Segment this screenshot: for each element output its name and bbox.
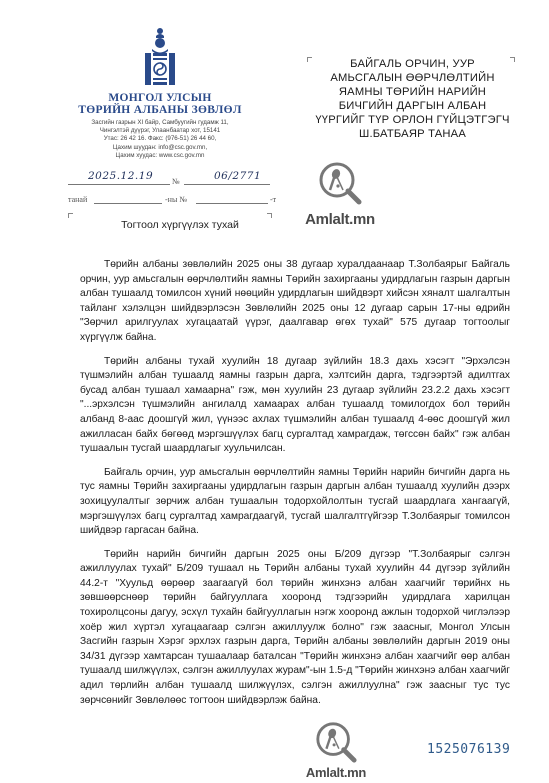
recipient-line: ЯАМНЫ ТӨРИЙН НАРИЙН (300, 85, 525, 99)
magnifier-microphone-icon (317, 160, 363, 206)
yours-no-label: -ны № (165, 195, 187, 204)
number-line (184, 184, 270, 185)
yours-date-line (94, 203, 162, 204)
org-address: Засгийн газрын XI байр, Самбуугийн гудам… (60, 119, 260, 160)
address-line: Чингэлтэй дүүрэг, Улаанбаатар хот, 15141 (60, 127, 260, 135)
address-line: Утас: 26 42 16. Факс: (976-51) 26 44 60, (60, 135, 260, 143)
recipient-line: Ш.БАТБАЯР ТАНАА (300, 127, 525, 141)
yours-suffix: -т (270, 195, 276, 204)
body-paragraph: Байгаль орчин, уур амьсгалын өөрчлөлтийн… (80, 466, 510, 539)
watermark-label: Amlalt.mn (296, 765, 376, 780)
serial-number-stamp: 1525076139 (427, 742, 510, 757)
handwritten-number: 06/2771 (214, 170, 261, 182)
recipient-block: БАЙГАЛЬ ОРЧИН, УУР АМЬСГАЛЫН ӨӨРЧЛӨЛТИЙН… (300, 57, 525, 141)
subject-corner-right (267, 213, 272, 218)
subject-line: Тогтоол хүргүүлэх тухай (110, 219, 250, 231)
address-line: Засгийн газрын XI байр, Самбуугийн гудам… (60, 119, 260, 127)
org-name-line1: МОНГОЛ УЛСЫН (60, 92, 260, 104)
watermark-label: Amlalt.mn (300, 211, 380, 228)
letter-body: Төрийн албаны зөвлөлийн 2025 оны 38 дуга… (80, 258, 510, 717)
yours-number-line (196, 203, 268, 204)
address-line: Цахим хуудас: www.csc.gov.mn (60, 152, 260, 160)
recipient-line: БИЧГИЙН ДАРГЫН АЛБАН (300, 99, 525, 113)
watermark-amlalt-bottom: Amlalt.mn (296, 720, 376, 780)
yours-label: танай (68, 195, 87, 204)
soyombo-emblem-icon (142, 26, 178, 88)
letterhead: МОНГОЛ УЛСЫН ТӨРИЙН АЛБАНЫ ЗӨВЛӨЛ Засгий… (60, 26, 260, 160)
handwritten-date: 2025.12.19 (88, 170, 153, 182)
watermark-amlalt-top: Amlalt.mn (300, 160, 380, 228)
date-line (68, 184, 170, 185)
magnifier-microphone-icon (314, 720, 358, 764)
body-paragraph: Төрийн албаны тухай хуулийн 18 дугаар зү… (80, 355, 510, 457)
body-paragraph: Төрийн нарийн бичгийн даргын 2025 оны Б/… (80, 548, 510, 709)
number-label: № (172, 177, 180, 186)
recipient-line: АМЬСГАЛЫН ӨӨРЧЛӨЛТИЙН (300, 71, 525, 85)
body-paragraph: Төрийн албаны зөвлөлийн 2025 оны 38 дуга… (80, 258, 510, 346)
recipient-line: БАЙГАЛЬ ОРЧИН, УУР (300, 57, 525, 71)
address-line: Цахим шуудан: info@csc.gov.mn, (60, 144, 260, 152)
org-name-line2: ТӨРИЙН АЛБАНЫ ЗӨВЛӨЛ (60, 104, 260, 116)
subject-corner-left (68, 213, 73, 218)
recipient-line: ҮҮРГИЙГ ТҮР ОРЛОН ГҮЙЦЭТГЭГЧ (300, 113, 525, 127)
